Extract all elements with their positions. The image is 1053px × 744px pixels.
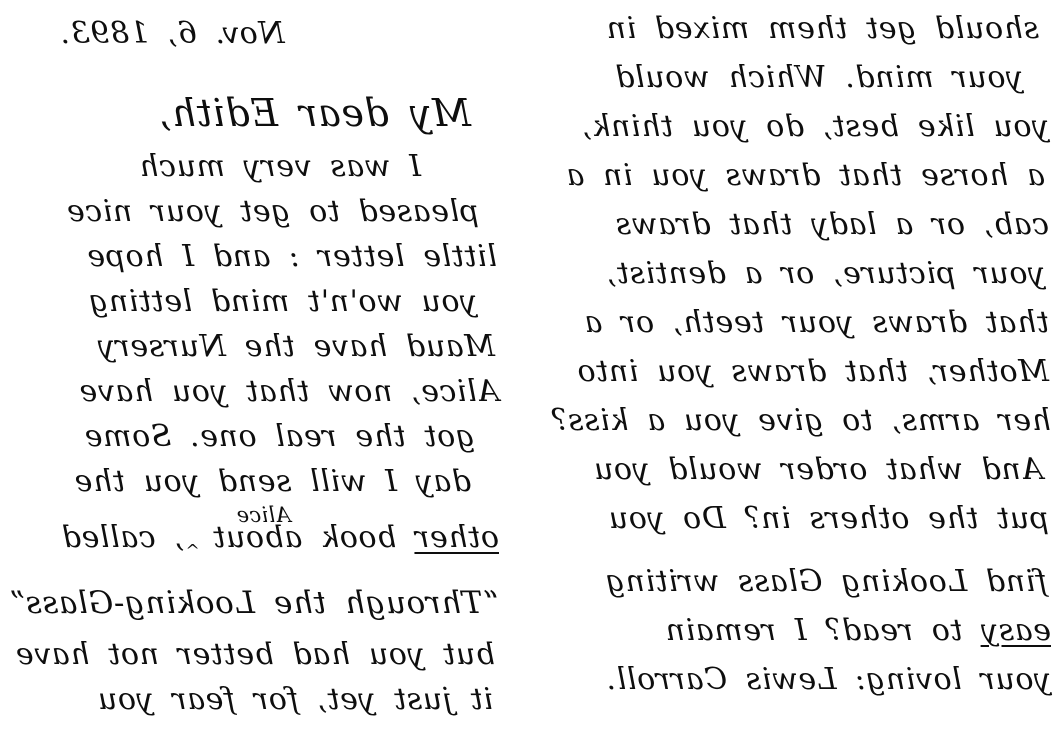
letter-line: it just yet, for fear you <box>0 677 505 722</box>
letter-line: pleased to get your nice <box>0 189 505 234</box>
underlined-word: easy <box>981 613 1051 648</box>
line-text: , called <box>61 520 184 555</box>
letter-line: got the real one. Some <box>0 414 505 459</box>
inserted-word: Alice <box>236 489 296 541</box>
letter-line: that draws your teeth, or a <box>535 298 1053 347</box>
letter-line: your mind. Which would <box>535 53 1053 102</box>
salutation: My dear Edith, <box>0 82 505 144</box>
letter-line: you like best, do you think, <box>535 102 1053 151</box>
letter-line-with-underline: easy to read? I remain <box>535 606 1053 655</box>
line-text: to read? I remain <box>665 613 981 648</box>
letter-line-with-insertion: other book aboutAlice^, called <box>0 512 505 568</box>
letter-line: should get them mixed in <box>535 4 1053 53</box>
caret-mark: ^ <box>185 525 206 577</box>
letter-line: her arms, to give you a kiss? <box>535 396 1053 445</box>
letter-date: Nov. 6, 1893. <box>0 10 505 58</box>
underlined-word: other <box>414 520 499 555</box>
left-page: Nov. 6, 1893. My dear Edith, I was very … <box>0 0 505 744</box>
letter-line: find Looking Glass writing <box>535 557 1053 606</box>
letter-line: little letter : and I hope <box>0 234 505 279</box>
book-title-line: “Through the Looking-Glass” <box>0 574 505 632</box>
letter-line: Mother, that draws you into <box>535 347 1053 396</box>
letter-line: cab, or a lady that draws <box>535 200 1053 249</box>
letter-line: you wo'n't mind letting <box>0 279 505 324</box>
signature-line: your loving: Lewis Carroll. <box>535 655 1053 704</box>
letter-scan: Nov. 6, 1893. My dear Edith, I was very … <box>0 0 1053 744</box>
letter-line: Maud have the Nursery <box>0 324 505 369</box>
letter-line: And what order would you <box>535 445 1053 494</box>
insertion-point: Alice^ <box>184 512 213 568</box>
letter-line: your picture, or a dentist, <box>535 249 1053 298</box>
letter-line: I was very much <box>0 144 505 189</box>
letter-line: but you had better not have <box>0 632 505 677</box>
letter-line: put the others in? Do you <box>535 494 1053 543</box>
letter-line: Alice, now that you have <box>0 369 505 414</box>
right-page: should get them mixed in your mind. Whic… <box>535 0 1053 744</box>
letter-line: a horse that draws you in a <box>535 151 1053 200</box>
